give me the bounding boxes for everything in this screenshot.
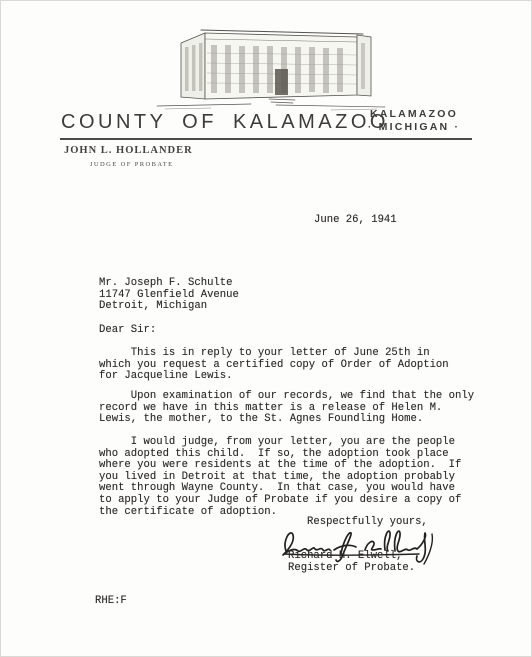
letterhead-title: COUNTY OF KALAMAZOO — [61, 111, 389, 134]
letterhead-state: · MICHIGAN · — [363, 121, 465, 134]
county-building-illustration — [151, 9, 391, 114]
salutation: Dear Sir: — [99, 325, 156, 337]
signer-title: Register of Probate. — [288, 563, 415, 575]
letter-page: COUNTY OF KALAMAZOO KALAMAZOO · MICHIGAN… — [0, 0, 532, 657]
paragraph-3: I would judge, from your letter, you are… — [99, 437, 461, 518]
recipient-address: Mr. Joseph F. Schulte 11747 Glenfield Av… — [99, 278, 239, 313]
official-title: JUDGE OF PROBATE — [90, 161, 173, 168]
reference-initials: RHE:F — [95, 596, 127, 608]
letterhead-rule — [60, 138, 472, 140]
letter-date: June 26, 1941 — [314, 215, 397, 227]
letterhead-city-state: KALAMAZOO · MICHIGAN · — [363, 108, 465, 133]
paragraph-2: Upon examination of our records, we find… — [99, 391, 474, 426]
paragraph-1: This is in reply to your letter of June … — [99, 348, 449, 383]
signer-name: Richard H. Elwell, — [288, 551, 402, 563]
official-name: JOHN L. HOLLANDER — [64, 145, 193, 156]
letterhead-city: KALAMAZOO — [363, 108, 465, 121]
